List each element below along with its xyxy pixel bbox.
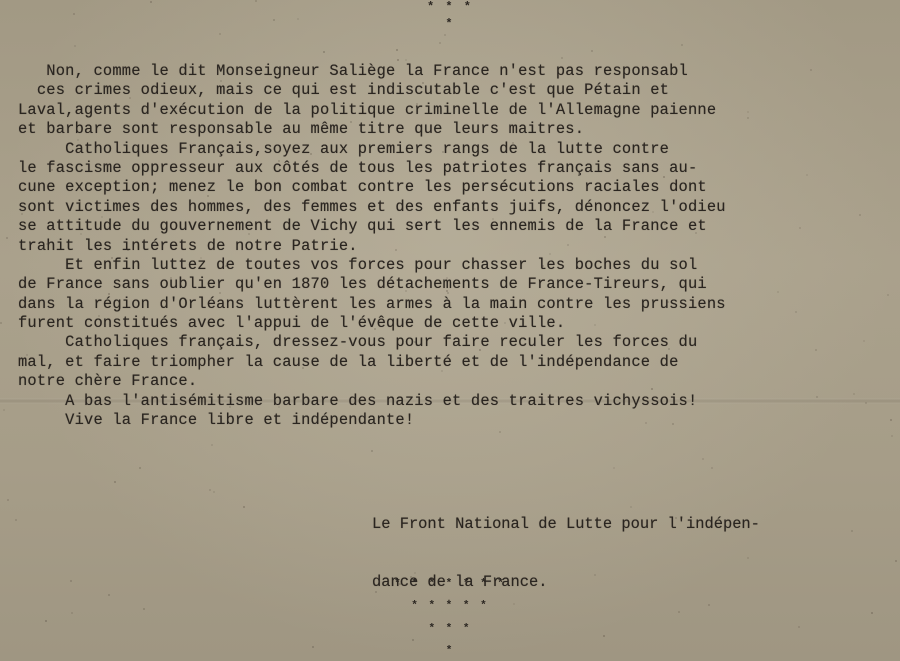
paper-speck <box>711 467 713 469</box>
text-line: Vive la France libre et indépendante! <box>18 411 898 430</box>
paper-speck <box>15 519 17 521</box>
paper-speck <box>209 489 211 491</box>
text-line: notre chère France. <box>18 372 898 391</box>
text-line: ces crimes odieux, mais ce qui est indis… <box>18 81 898 100</box>
paper-speck <box>323 51 325 53</box>
footer-ornament-row-2: * * * * * <box>0 600 900 612</box>
paper-speck <box>405 59 407 61</box>
header-ornament-row-2: * <box>0 17 900 31</box>
signature-block: Le Front National de Lutte pour l'indépe… <box>372 476 760 612</box>
footer-ornament-row-4: * <box>0 645 900 657</box>
paper-speck <box>139 467 141 469</box>
paper-speck <box>444 34 446 36</box>
paper-speck <box>7 499 9 501</box>
text-line: dans la région d'Orléans luttèrent les a… <box>18 295 898 314</box>
header-ornament-row-1: * * * <box>0 0 900 14</box>
paper-speck <box>219 33 221 35</box>
text-line: Catholiques Français,soyez aux premiers … <box>18 140 898 159</box>
paper-speck <box>412 639 414 641</box>
paper-speck <box>397 59 399 61</box>
signature-line-1: Le Front National de Lutte pour l'indépe… <box>372 515 760 534</box>
text-line: Et enfin luttez de toutes vos forces pou… <box>18 256 898 275</box>
paper-speck <box>499 431 501 433</box>
footer-ornament-row-3: * * * <box>0 623 900 635</box>
paper-speck <box>6 237 8 239</box>
paper-speck <box>211 444 213 446</box>
text-line: mal, et faire triompher la cause de la l… <box>18 353 898 372</box>
paper-speck <box>702 458 704 460</box>
text-line: sont victimes des hommes, des femmes et … <box>18 198 898 217</box>
text-line: de France sans oublier qu'en 1870 les dé… <box>18 275 898 294</box>
paper-speck <box>45 620 47 622</box>
text-line: furent constitués avec l'appui de l'évêq… <box>18 314 898 333</box>
text-line: Non, comme le dit Monseigneur Saliège la… <box>18 62 898 81</box>
paper-speck <box>851 530 853 532</box>
footer-ornament-row-1: * * * * * * * <box>0 578 900 590</box>
text-line: trahit les intérets de notre Patrie. <box>18 237 898 256</box>
paper-speck <box>114 481 116 483</box>
paper-speck <box>895 560 897 562</box>
text-line: et barbare sont responsable au même titr… <box>18 120 898 139</box>
paper-speck <box>213 491 215 493</box>
paper-speck <box>0 322 2 324</box>
paper-speck <box>396 49 398 51</box>
text-line: se attitude du gouvernement de Vichy qui… <box>18 217 898 236</box>
text-line: A bas l'antisémitisme barbare des nazis … <box>18 392 898 411</box>
paper-speck <box>108 594 110 596</box>
paper-speck <box>439 42 441 44</box>
text-line: le fascisme oppresseur aux côtés de tous… <box>18 159 898 178</box>
paper-speck <box>613 467 615 469</box>
paper-speck <box>681 44 683 46</box>
paper-speck <box>71 612 73 614</box>
paper-speck <box>74 45 76 47</box>
text-line: Catholiques français, dressez-vous pour … <box>18 333 898 352</box>
paper-speck <box>243 506 245 508</box>
paper-speck <box>591 50 593 52</box>
text-line: Laval,agents d'exécution de la politique… <box>18 101 898 120</box>
paper-speck <box>891 435 893 437</box>
paper-speck <box>371 450 373 452</box>
paper-speck <box>603 635 605 637</box>
paper-speck <box>871 612 873 614</box>
leaflet-body: Non, comme le dit Monseigneur Saliège la… <box>18 62 898 430</box>
paper-speck <box>561 57 563 59</box>
paper-speck <box>3 409 5 411</box>
text-line: cune exception; menez le bon combat cont… <box>18 178 898 197</box>
